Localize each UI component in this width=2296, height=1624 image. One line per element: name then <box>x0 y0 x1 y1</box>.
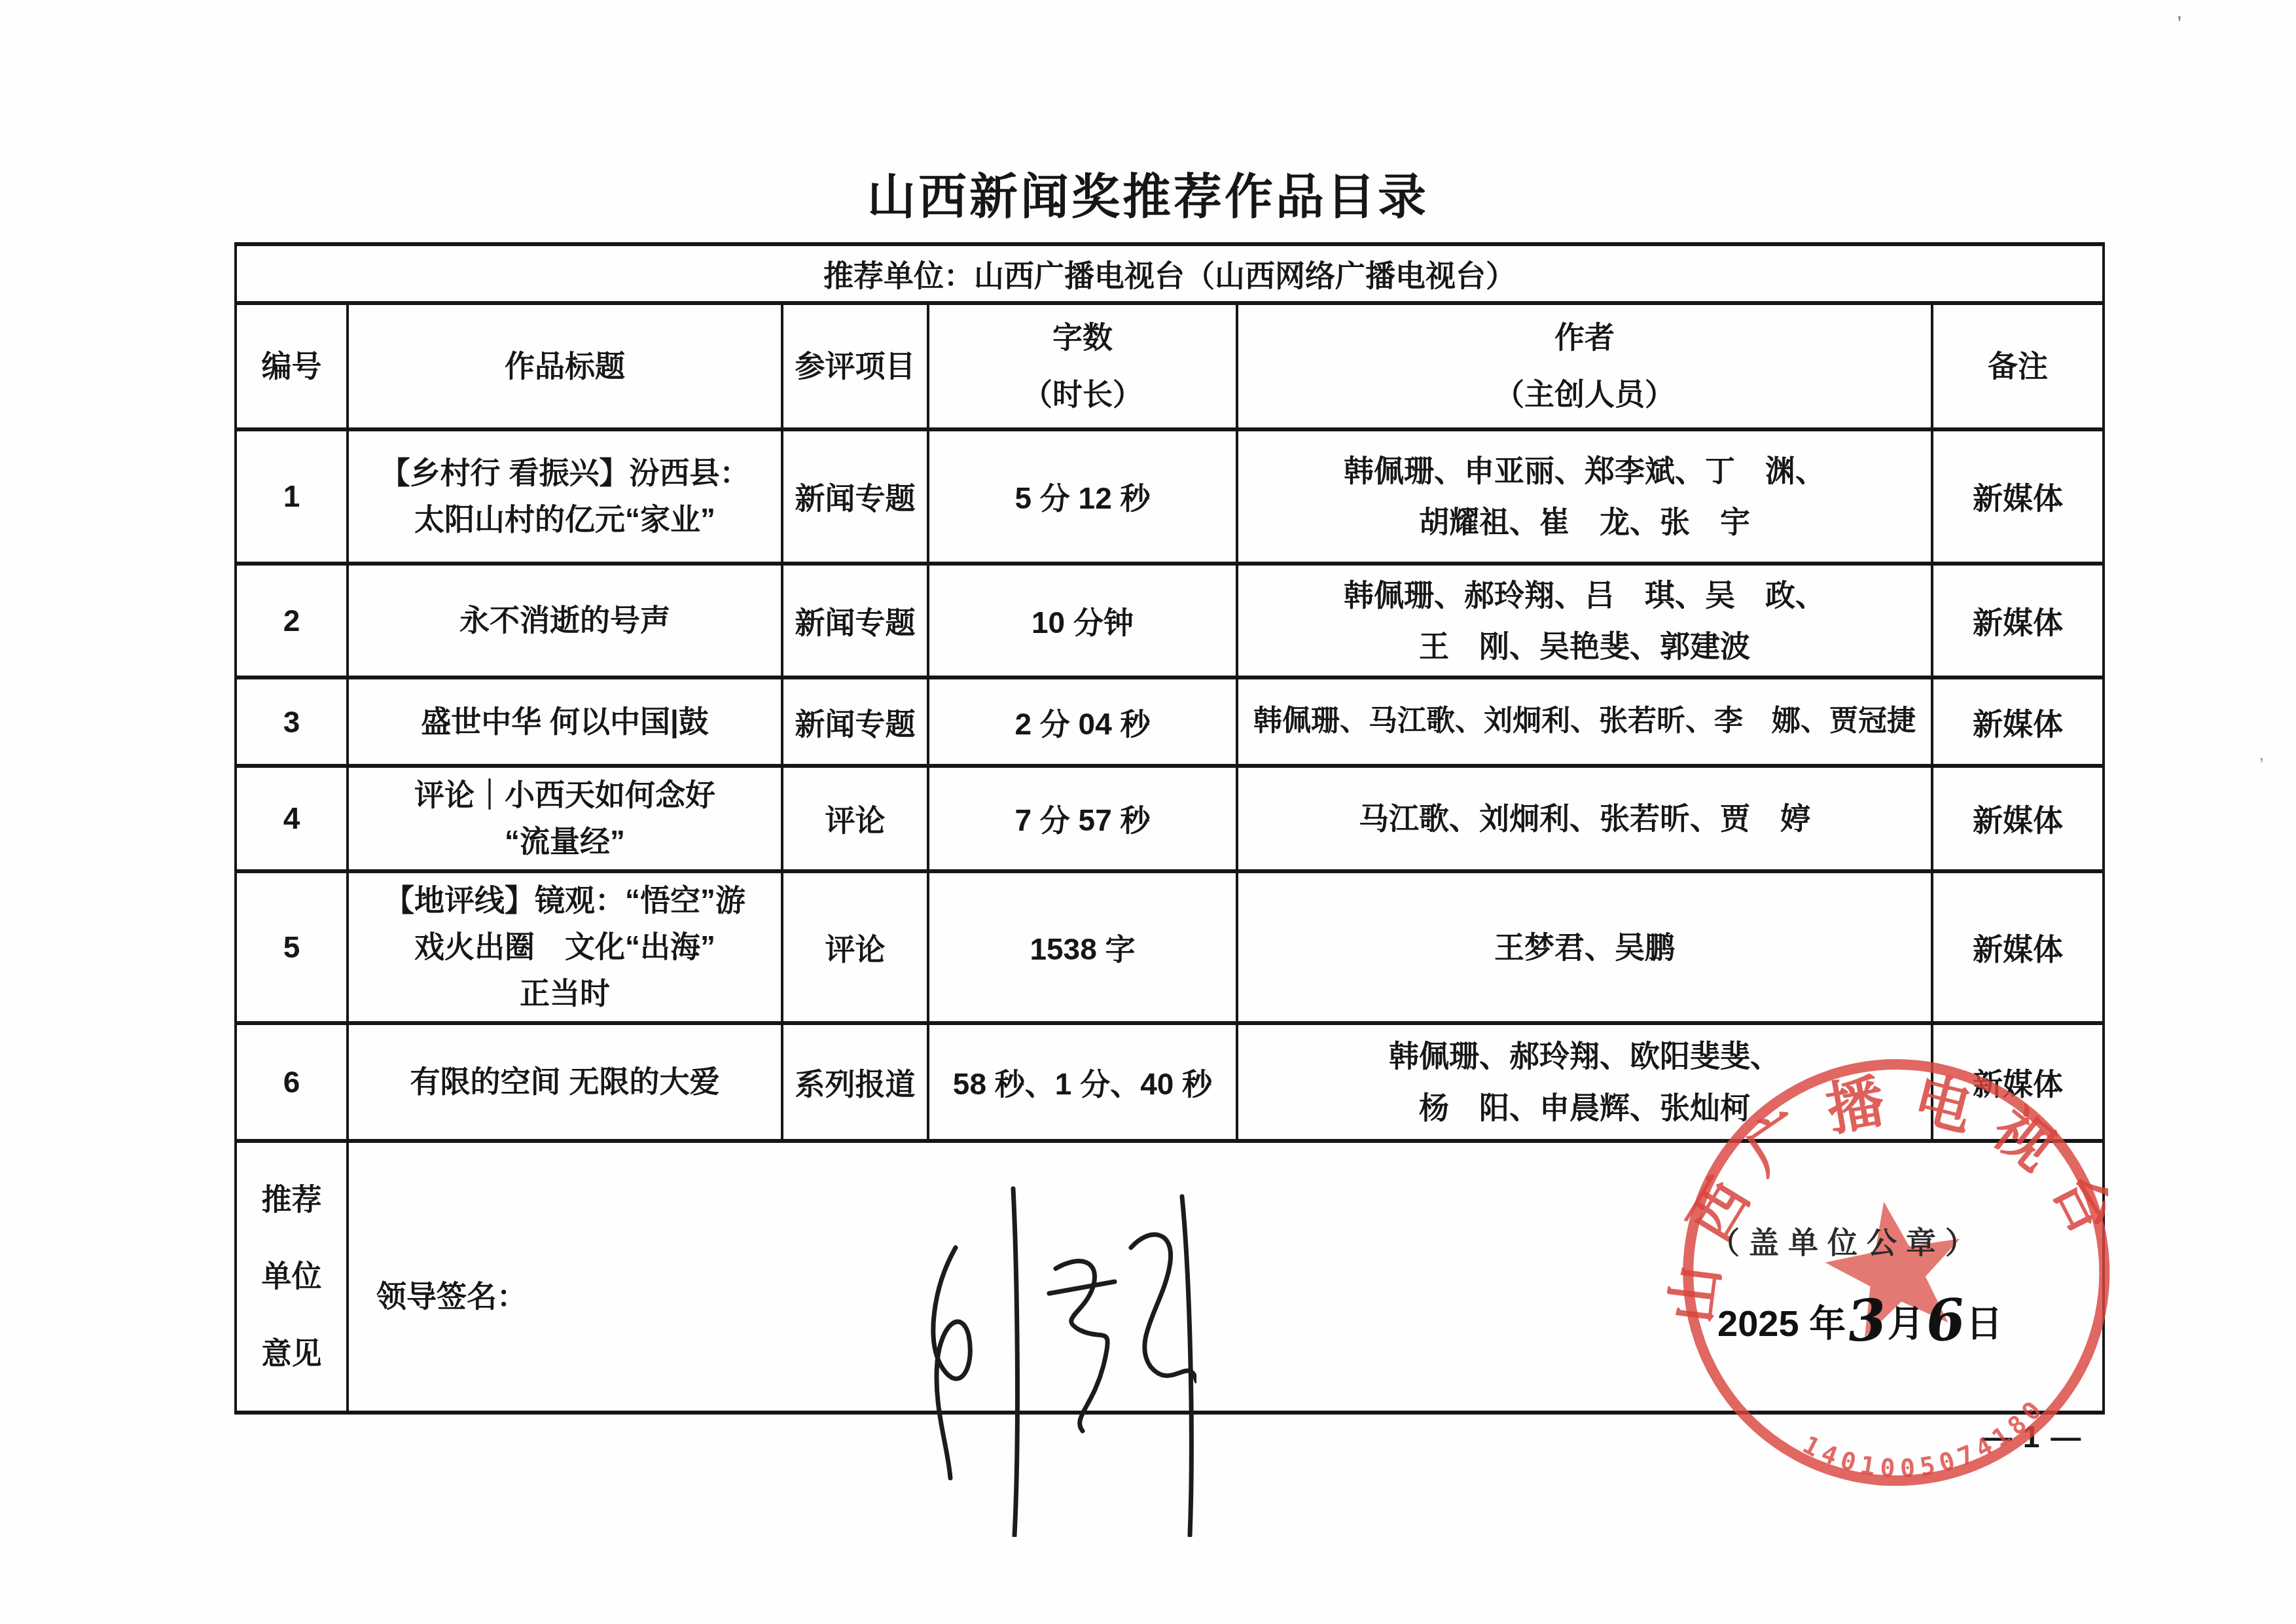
cell-authors: 韩佩珊、马江歌、刘炯利、张若昕、李 娜、贾冠捷 <box>1237 677 1932 766</box>
table-row: 2 永不消逝的号声 新闻专题 10 分钟 韩佩珊、郝玲翔、吕 琪、吴 政、 王 … <box>236 564 2104 677</box>
cell-title: 【地评线】镜观：“悟空”游 戏火出圈 文化“出海” 正当时 <box>348 871 782 1023</box>
cell-num: 2 <box>236 564 348 677</box>
stamp-overlay-label: （盖单位公章） <box>1710 1219 1984 1262</box>
cell-title: 永不消逝的号声 <box>348 564 782 677</box>
date-day-number: 6 <box>1926 1319 1965 1322</box>
cell-length: 7 分 57 秒 <box>928 766 1237 871</box>
cell-authors: 马江歌、刘炯利、张若昕、贾 婷 <box>1237 766 1932 871</box>
cell-length: 1538 字 <box>928 871 1237 1023</box>
cell-category: 评论 <box>782 766 928 871</box>
cell-note: 新媒体 <box>1932 564 2104 677</box>
cell-num: 3 <box>236 677 348 766</box>
opinion-label: 推荐 单位 意见 <box>236 1141 348 1413</box>
date-line: 2025 年3月6日 <box>1717 1295 2003 1347</box>
cell-note: 新媒体 <box>1932 871 2104 1023</box>
cell-category: 新闻专题 <box>782 429 928 564</box>
cell-authors: 韩佩珊、郝玲翔、吕 琪、吴 政、 王 刚、吴艳斐、郭建波 <box>1237 564 1932 677</box>
recommending-unit-cell: 推荐单位：山西广播电视台（山西网络广播电视台） <box>236 244 2104 303</box>
scan-artifact: ’ <box>2177 12 2182 37</box>
table-row: 4 评论｜小西天如何念好 “流量经” 评论 7 分 57 秒 马江歌、刘炯利、张… <box>236 766 2104 871</box>
header-cell-length: 字数 （时长） <box>928 303 1237 429</box>
official-stamp: 山西广播电视台 1401005074180 <box>1630 1003 2163 1547</box>
page-title: 山西新闻奖推荐作品目录 <box>0 158 2296 228</box>
date-month-label: 月 <box>1888 1303 1924 1344</box>
table-row: 3 盛世中华 何以中国|鼓 新闻专题 2 分 04 秒 韩佩珊、马江歌、刘炯利、… <box>236 677 2104 766</box>
leader-signature <box>915 1170 1196 1537</box>
cell-note: 新媒体 <box>1932 429 2104 564</box>
cell-category: 评论 <box>782 871 928 1023</box>
table-header-row: 编号 作品标题 参评项目 字数 （时长） 作者 （主创人员） 备注 <box>236 303 2104 429</box>
date-year: 2025 年 <box>1717 1303 1846 1344</box>
scanned-document-page: 山西新闻奖推荐作品目录 推荐单位：山西广播电视台（山西网络广播电视台） 编号 作… <box>0 0 2296 1624</box>
header-cell-num: 编号 <box>236 303 348 429</box>
cell-num: 1 <box>236 429 348 564</box>
header-cell-category: 参评项目 <box>782 303 928 429</box>
cell-category: 新闻专题 <box>782 564 928 677</box>
cell-length: 2 分 04 秒 <box>928 677 1237 766</box>
signature-label: 领导签名： <box>376 1272 527 1316</box>
cell-title: 评论｜小西天如何念好 “流量经” <box>348 766 782 871</box>
cell-authors: 韩佩珊、申亚丽、郑李斌、丁 渊、 胡耀祖、崔 龙、张 宇 <box>1237 429 1932 564</box>
cell-num: 5 <box>236 871 348 1023</box>
cell-title: 【乡村行 看振兴】汾西县： 太阳山村的亿元“家业” <box>348 429 782 564</box>
cell-authors: 王梦君、吴鹏 <box>1237 871 1932 1023</box>
date-day-label: 日 <box>1966 1303 2003 1344</box>
header-cell-authors: 作者 （主创人员） <box>1237 303 1932 429</box>
cell-length: 10 分钟 <box>928 564 1237 677</box>
date-month-number: 3 <box>1848 1319 1887 1322</box>
cell-title: 有限的空间 无限的大爱 <box>348 1023 782 1141</box>
cell-category: 系列报道 <box>782 1023 928 1141</box>
table-row: 5 【地评线】镜观：“悟空”游 戏火出圈 文化“出海” 正当时 评论 1538 … <box>236 871 2104 1023</box>
table-row: 1 【乡村行 看振兴】汾西县： 太阳山村的亿元“家业” 新闻专题 5 分 12 … <box>236 429 2104 564</box>
cell-category: 新闻专题 <box>782 677 928 766</box>
cell-num: 6 <box>236 1023 348 1141</box>
cell-length: 5 分 12 秒 <box>928 429 1237 564</box>
header-cell-title: 作品标题 <box>348 303 782 429</box>
cell-note: 新媒体 <box>1932 677 2104 766</box>
cell-note: 新媒体 <box>1932 766 2104 871</box>
scan-artifact: ’ <box>2259 754 2264 776</box>
cell-num: 4 <box>236 766 348 871</box>
cell-length: 58 秒、1 分、40 秒 <box>928 1023 1237 1141</box>
cell-title: 盛世中华 何以中国|鼓 <box>348 677 782 766</box>
header-cell-note: 备注 <box>1932 303 2104 429</box>
